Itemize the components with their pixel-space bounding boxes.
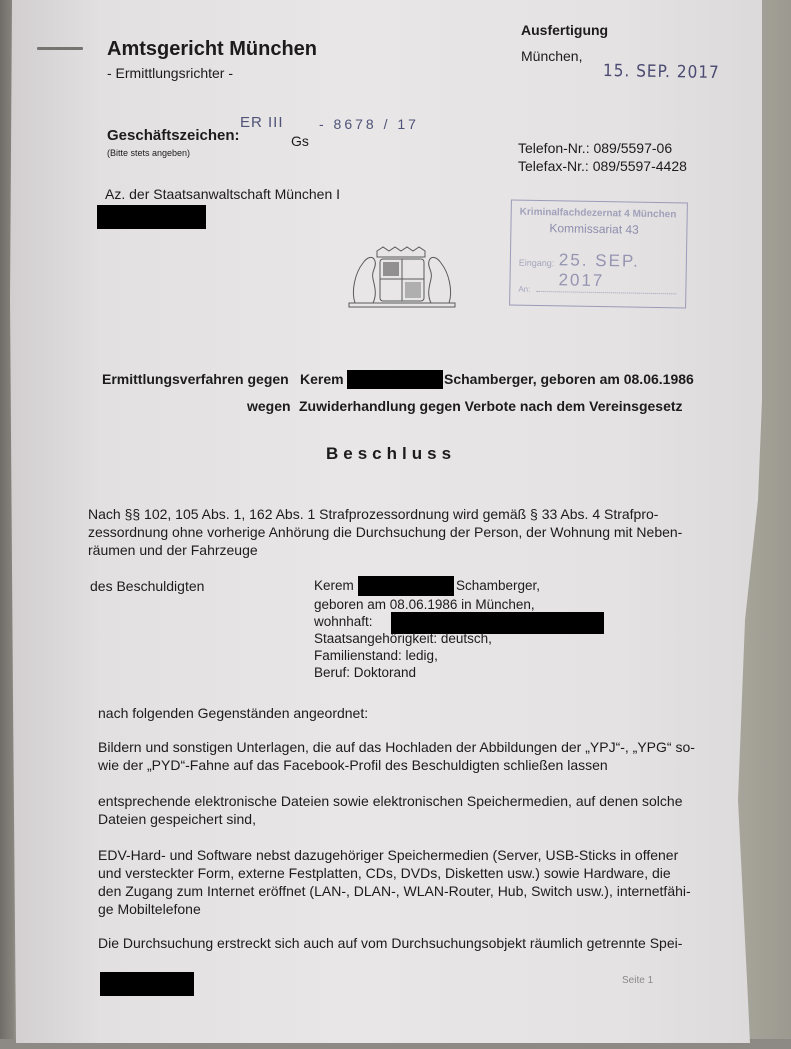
- court-department: - Ermittlungsrichter -: [107, 65, 233, 81]
- case-ref-label: Geschäftszeichen:: [107, 127, 240, 144]
- search-item-line: wie der „PYD“-Fahne auf das Facebook-Pro…: [98, 756, 695, 774]
- proceedings-reason: Zuwiderhandlung gegen Verbote nach dem V…: [299, 398, 683, 414]
- redaction-bar: [100, 972, 194, 996]
- document-title: Beschluss: [326, 444, 456, 464]
- court-name: Amtsgericht München: [107, 38, 317, 61]
- received-stamp-office: Kriminalfachdezernat 4 München: [520, 207, 677, 221]
- fold-mark: [37, 47, 83, 50]
- search-item-line: Bildern und sonstigen Unterlagen, die au…: [98, 738, 695, 756]
- proceedings-name-birth: Schamberger, geboren am 08.06.1986: [444, 371, 694, 387]
- order-intro: nach folgenden Gegenständen angeordnet:: [98, 705, 368, 721]
- case-ref-stamp-prefix: ER III: [240, 114, 284, 131]
- received-stamp-an-label: An:: [518, 285, 530, 294]
- prosecution-reference: Az. der Staatsanwaltschaft München I: [105, 186, 340, 202]
- accused-born: geboren am 08.06.1986 in München,: [314, 597, 535, 612]
- received-stamp-date: 25. SEP. 2017: [558, 250, 686, 292]
- intro-line: Nach §§ 102, 105 Abs. 1, 162 Abs. 1 Stra…: [88, 505, 718, 523]
- date-stamp: 15. SEP. 2017: [603, 61, 720, 83]
- search-item-line: Dateien gespeichert sind,: [98, 810, 682, 828]
- accused-marital-status: Familienstand: ledig,: [314, 648, 438, 663]
- redaction-bar: [358, 576, 454, 596]
- search-item-line: und versteckter Form, externe Festplatte…: [98, 864, 691, 882]
- search-item-line: ge Mobiltelefone: [98, 900, 691, 918]
- phone-number: Telefon-Nr.: 089/5597-06: [518, 140, 672, 156]
- search-item-line: Die Durchsuchung erstreckt sich auch auf…: [98, 934, 682, 952]
- fax-number: Telefax-Nr.: 089/5597-4428: [518, 158, 687, 174]
- proceedings-label: Ermittlungsverfahren gegen: [102, 371, 289, 387]
- redaction-bar: [97, 205, 206, 229]
- proceedings-first-name: Kerem: [300, 371, 344, 387]
- intro-paragraph: Nach §§ 102, 105 Abs. 1, 162 Abs. 1 Stra…: [88, 505, 718, 559]
- intro-line: zessordnung ohne vorherige Anhörung die …: [88, 523, 718, 541]
- accused-residence-label: wohnhaft:: [314, 614, 373, 629]
- accused-nationality: Staatsangehörigkeit: deutsch,: [314, 631, 492, 646]
- search-scope-paragraph: Die Durchsuchung erstreckt sich auch auf…: [98, 934, 682, 952]
- copy-label: Ausfertigung: [521, 22, 608, 38]
- accused-last-name: Schamberger,: [456, 578, 540, 593]
- redaction-bar: [347, 370, 443, 389]
- proceedings-wegen: wegen: [247, 398, 291, 414]
- accused-first-name: Kerem: [314, 578, 354, 593]
- search-item: EDV-Hard- und Software nebst dazugehörig…: [98, 846, 691, 918]
- received-stamp: Kriminalfachdezernat 4 München Kommissar…: [509, 199, 688, 308]
- search-item: Bildern und sonstigen Unterlagen, die au…: [98, 738, 695, 774]
- search-item-line: den Zugang zum Internet eröffnet (LAN-, …: [98, 882, 691, 900]
- search-item-line: entsprechende elektronische Dateien sowi…: [98, 792, 682, 810]
- case-ref-stamp-number: - 8678 / 17: [319, 116, 419, 132]
- city: München,: [521, 48, 582, 64]
- received-stamp-label: Eingang:: [519, 258, 555, 269]
- case-ref-suffix: Gs: [291, 133, 309, 149]
- received-stamp-unit: Kommissariat 43: [549, 221, 639, 237]
- case-ref-hint: (Bitte stets angeben): [107, 148, 190, 158]
- accused-occupation: Beruf: Doktorand: [314, 665, 416, 680]
- coat-of-arms-icon: [347, 245, 457, 310]
- search-item-line: EDV-Hard- und Software nebst dazugehörig…: [98, 846, 691, 864]
- search-item: entsprechende elektronische Dateien sowi…: [98, 792, 682, 828]
- intro-line: räumen und der Fahrzeuge: [88, 541, 718, 559]
- page-number: Seite 1: [622, 975, 653, 986]
- accused-label: des Beschuldigten: [90, 578, 204, 594]
